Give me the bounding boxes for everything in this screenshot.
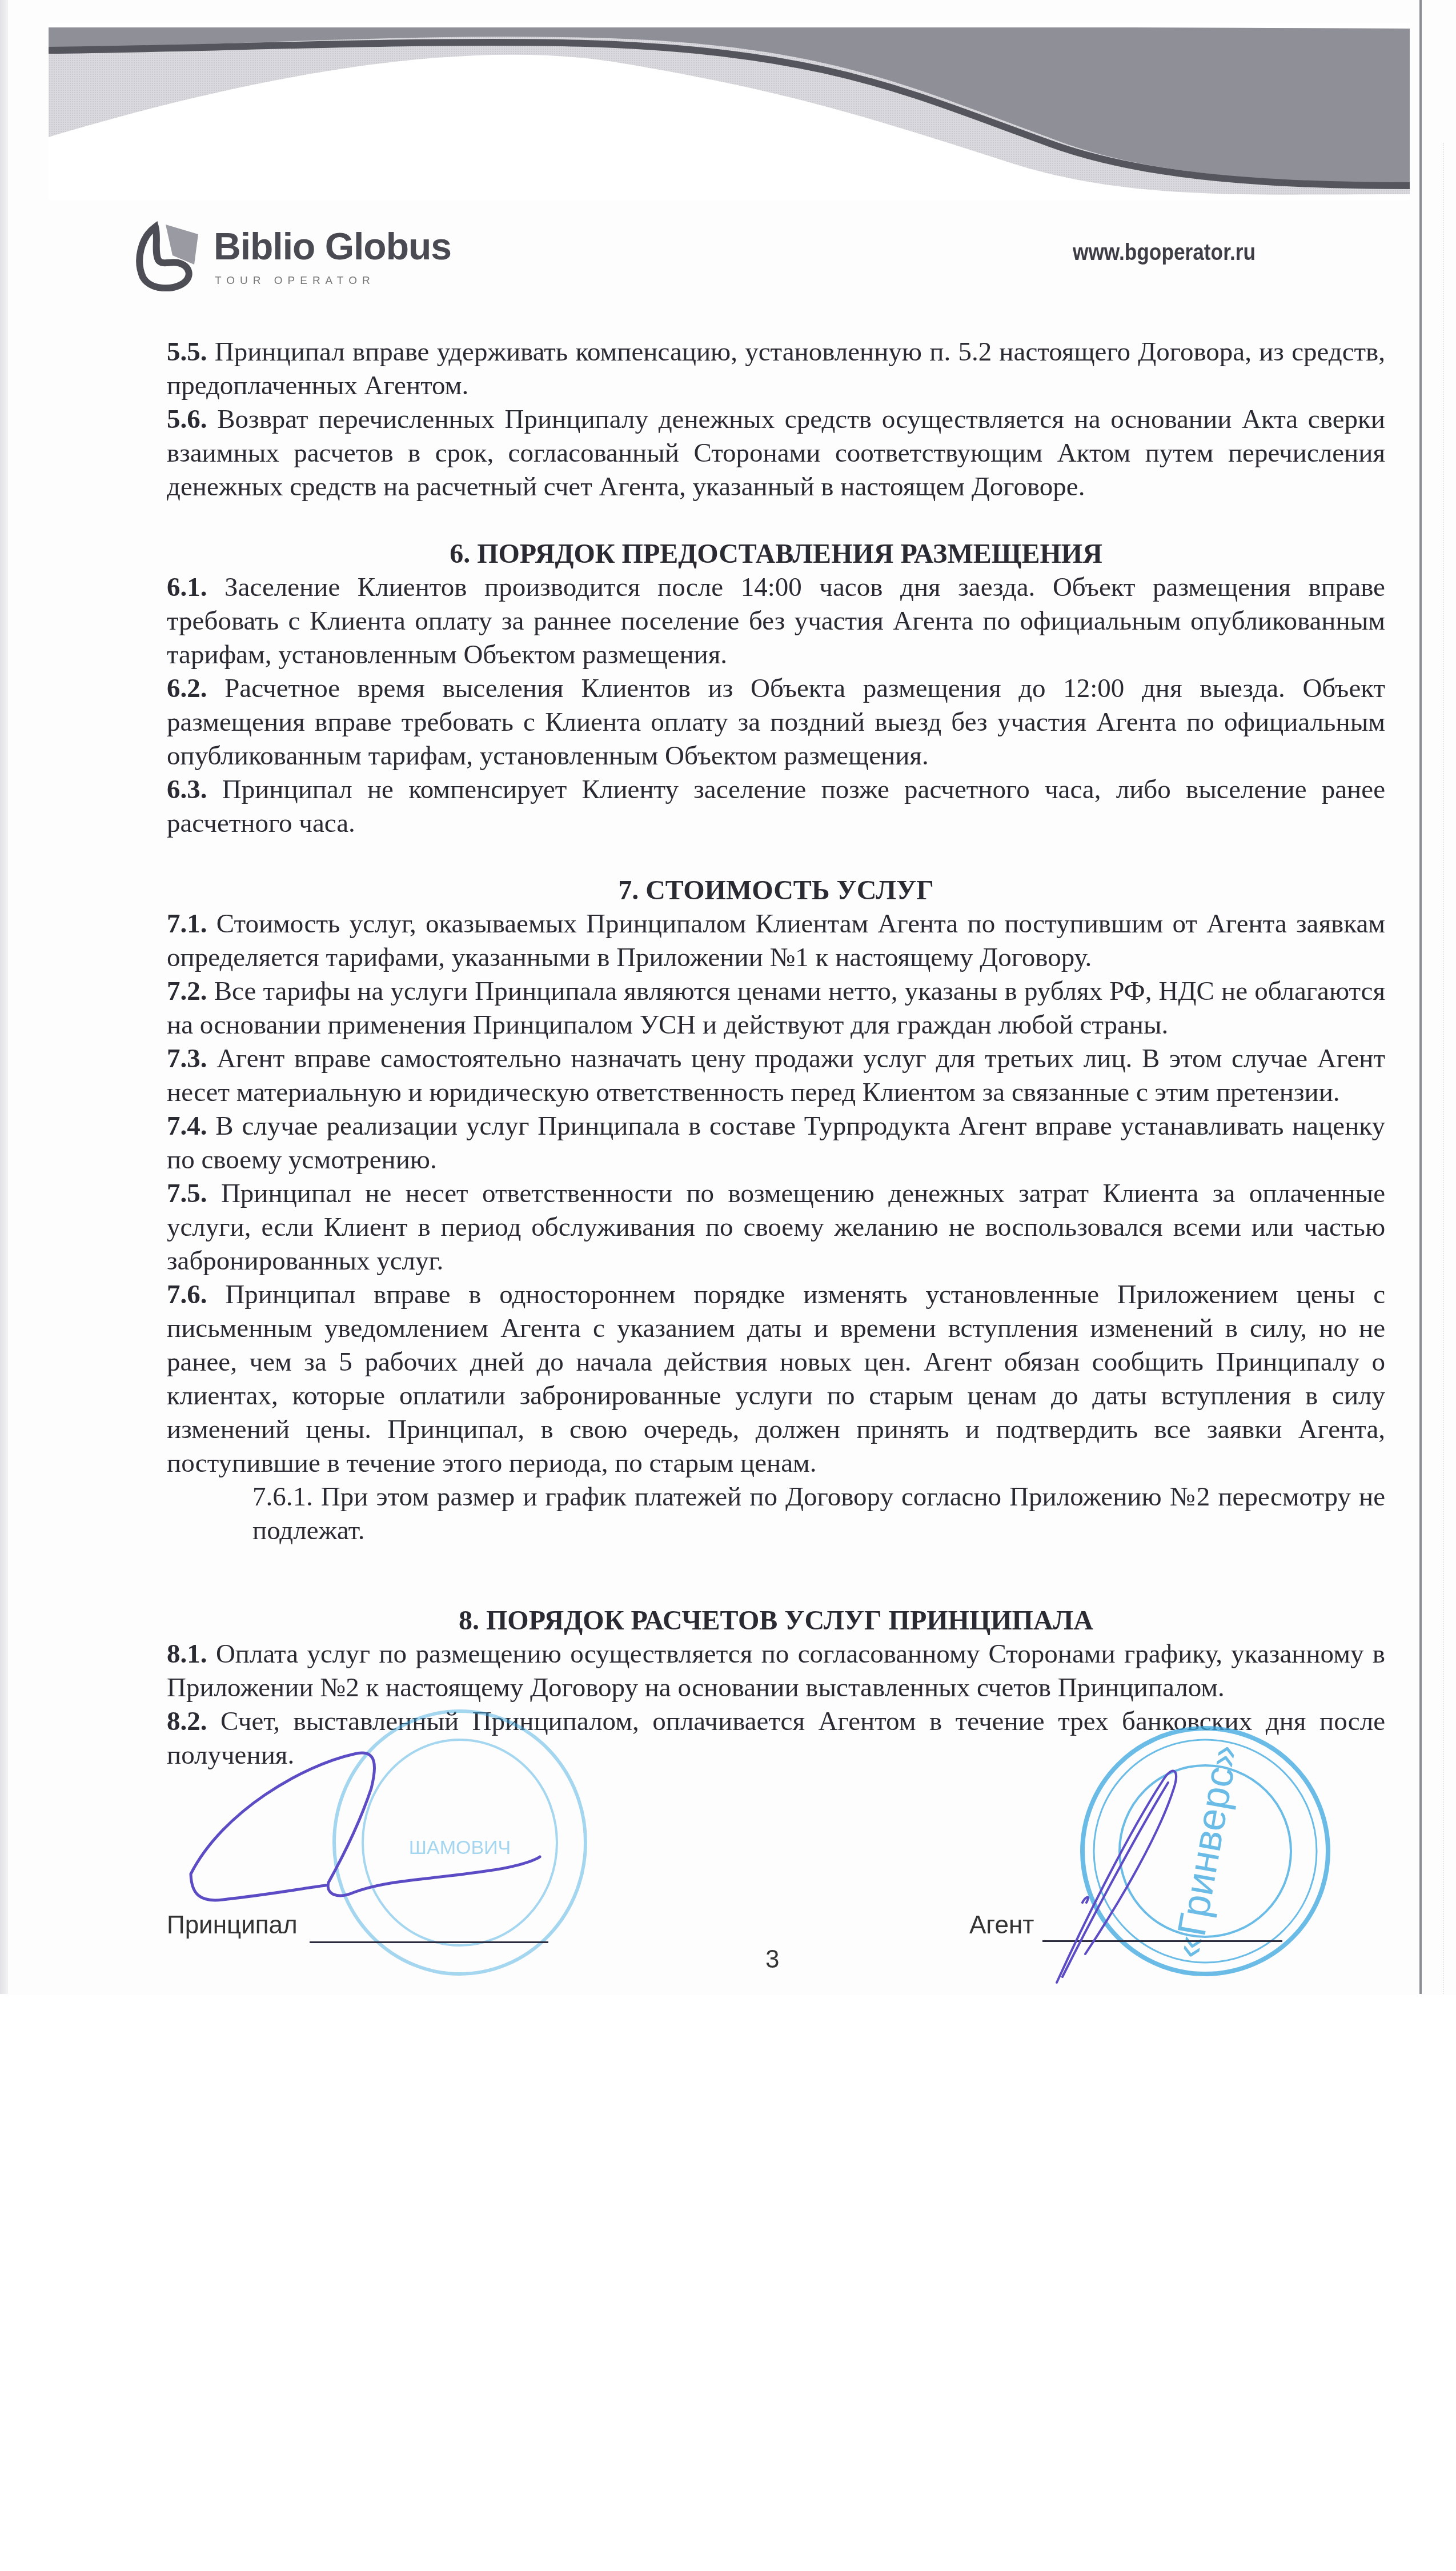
clause-8-2: 8.2. Счет, выставленный Принципалом, опл… — [167, 1705, 1385, 1772]
clause-6-2: 6.2. Расчетное время выселения Клиентов … — [167, 672, 1385, 773]
section-6-title: 6. ПОРЯДОК ПРЕДОСТАВЛЕНИЯ РАЗМЕЩЕНИЯ — [167, 537, 1385, 571]
clause-7-2: 7.2. Все тарифы на услуги Принципала явл… — [167, 975, 1385, 1042]
principal-signature-line — [310, 1941, 548, 1943]
scan-left-edge — [0, 0, 8, 1994]
clause-6-3: 6.3. Принципал не компенсирует Клиенту з… — [167, 773, 1385, 840]
clause-8-1: 8.1. Оплата услуг по размещению осуществ… — [167, 1637, 1385, 1705]
website-url: www.bgoperator.ru — [1073, 239, 1256, 266]
brand-name: Biblio Globus — [214, 225, 451, 268]
brand-subtitle: TOUR OPERATOR — [215, 275, 375, 287]
clause-7-1: 7.1. Стоимость услуг, оказываемых Принци… — [167, 907, 1385, 975]
principal-signature-label: Принципал — [167, 1911, 298, 1940]
brand-logo: Biblio Globus TOUR OPERATOR — [133, 220, 452, 291]
section-8-title: 8. ПОРЯДОК РАСЧЕТОВ УСЛУГ ПРИНЦИПАЛА — [167, 1604, 1385, 1637]
page-number: 3 — [765, 1945, 779, 1974]
clause-7-4: 7.4. В случае реализации услуг Принципал… — [167, 1110, 1385, 1177]
clause-7-3: 7.3. Агент вправе самостоятельно назнача… — [167, 1042, 1385, 1110]
scan-right-border — [1419, 0, 1422, 1994]
header-wave-banner — [49, 23, 1410, 200]
scan-right-dots — [1443, 143, 1445, 1994]
clause-7-6-1: 7.6.1. При этом размер и график платежей… — [167, 1480, 1385, 1548]
agent-signature-label: Агент — [969, 1911, 1034, 1940]
clause-5-5: 5.5. Принципал вправе удерживать компенс… — [167, 335, 1385, 403]
document-body: 5.5. Принципал вправе удерживать компенс… — [167, 335, 1385, 1772]
clause-6-1: 6.1. Заселение Клиентов производится пос… — [167, 571, 1385, 672]
clause-7-6: 7.6. Принципал вправе в одностороннем по… — [167, 1278, 1385, 1480]
agent-signature-line — [1042, 1940, 1282, 1942]
biblio-globus-logo-icon — [133, 220, 207, 291]
section-7-title: 7. СТОИМОСТЬ УСЛУГ — [167, 874, 1385, 907]
clause-7-5: 7.5. Принципал не несет ответственности … — [167, 1177, 1385, 1278]
clause-5-6: 5.6. Возврат перечисленных Принципалу де… — [167, 403, 1385, 504]
